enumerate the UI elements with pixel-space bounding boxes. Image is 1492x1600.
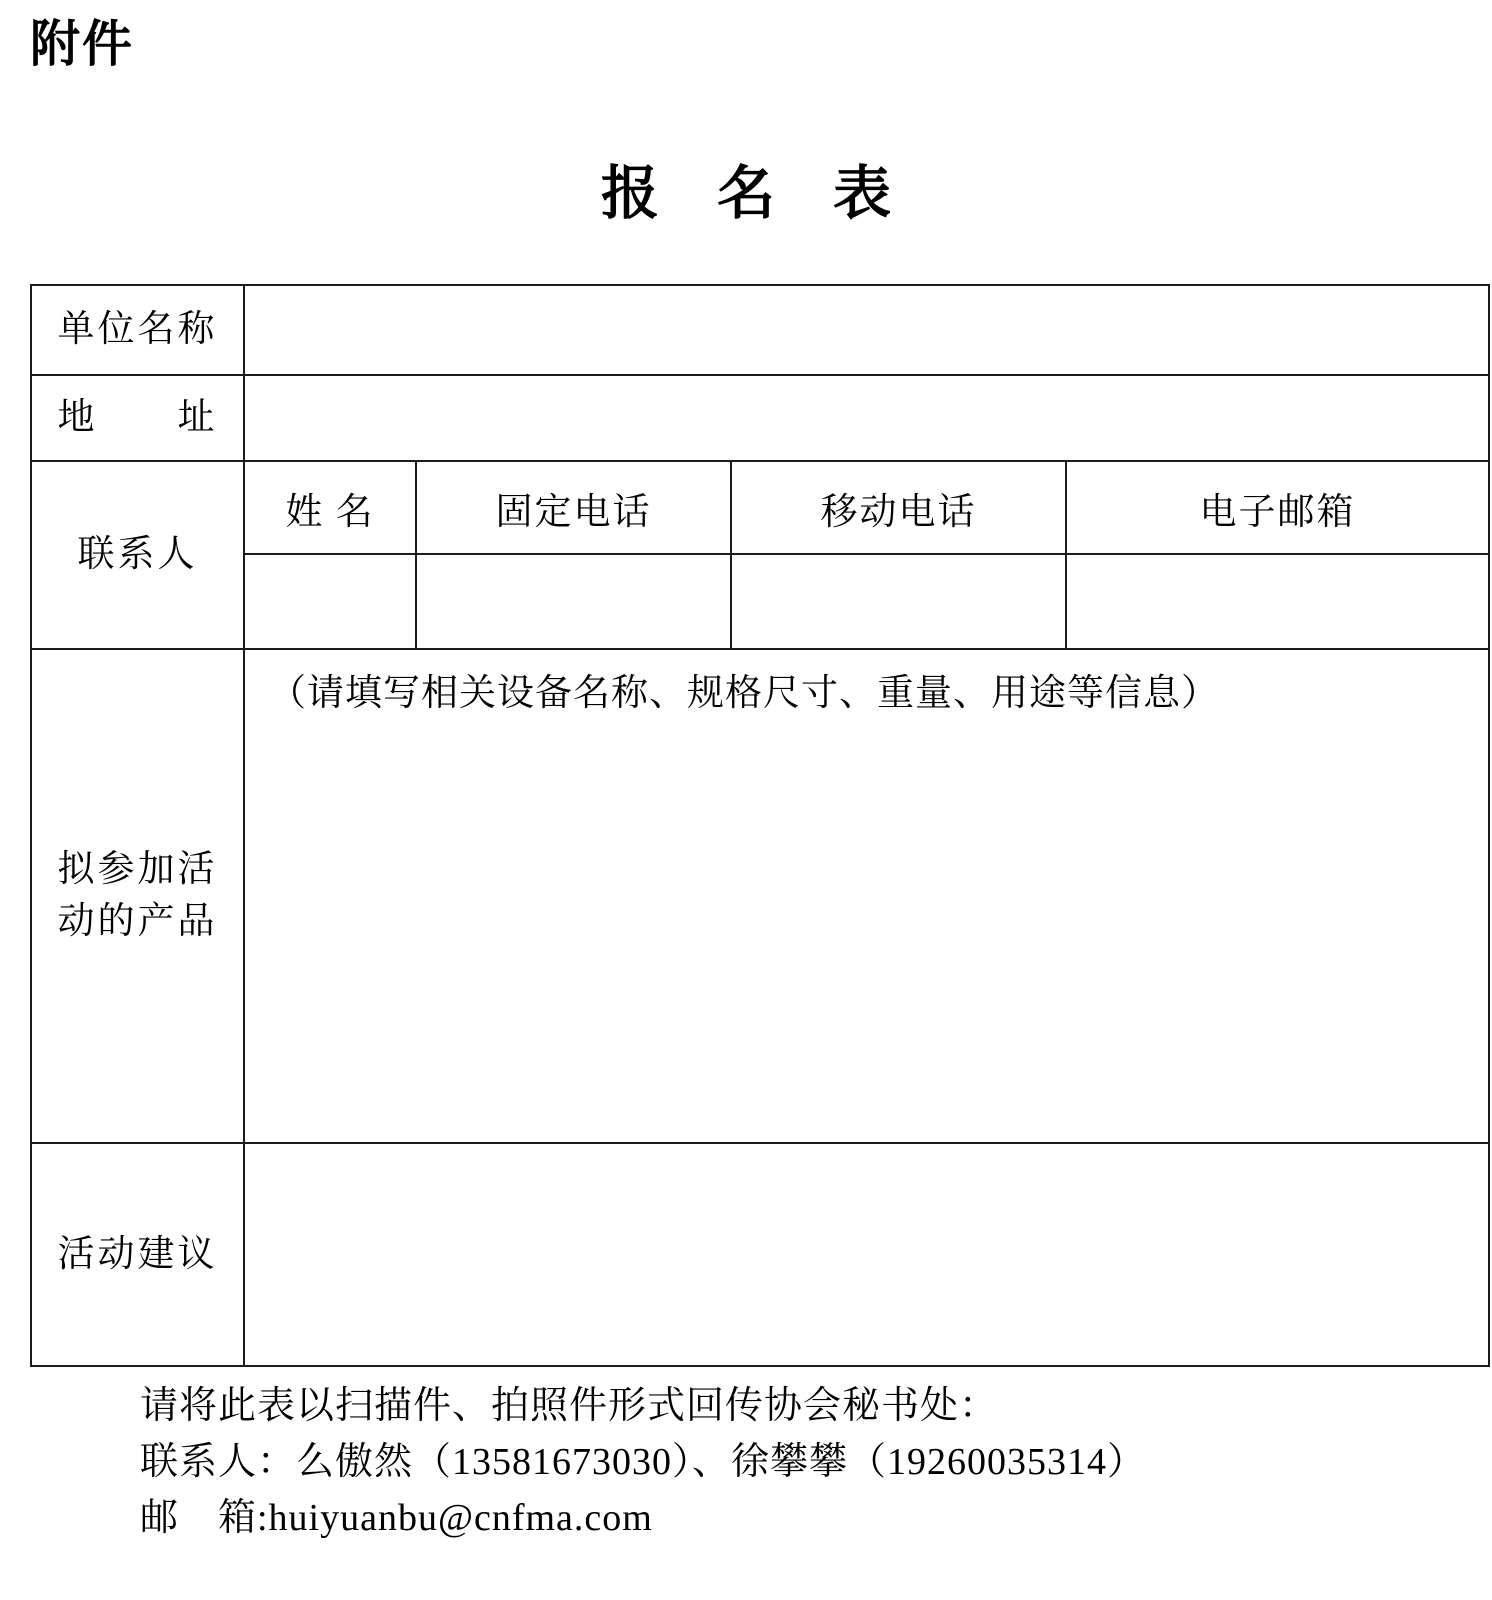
footer-email: 邮 箱:huiyuanbu@cnfma.com xyxy=(140,1490,1146,1546)
contact-mobile-phone-input[interactable] xyxy=(731,554,1066,649)
products-hint: （请填写相关设备名称、规格尺寸、重量、用途等信息） xyxy=(269,673,1219,714)
contact-column-name: 姓 名 xyxy=(244,461,416,554)
contact-fixed-phone-input[interactable] xyxy=(416,554,731,649)
products-label: 拟参加活 动的产品 xyxy=(31,649,244,1143)
attachment-label: 附件 xyxy=(30,4,134,76)
contact-column-email: 电子邮箱 xyxy=(1066,461,1489,554)
contact-column-fixed-phone: 固定电话 xyxy=(416,461,731,554)
address-label: 地 址 xyxy=(31,375,244,461)
registration-table: 单位名称 地 址 联系人 姓 名 固定电话 移动电话 电子邮箱 拟参加活 动的产… xyxy=(30,284,1490,1367)
products-input[interactable]: （请填写相关设备名称、规格尺寸、重量、用途等信息） xyxy=(244,649,1489,1143)
contact-email-input[interactable] xyxy=(1066,554,1489,649)
contact-label: 联系人 xyxy=(31,461,244,649)
footer-notes: 请将此表以扫描件、拍照件形式回传协会秘书处： 联系人：么傲然（135816730… xyxy=(140,1378,1146,1546)
table-row-products: 拟参加活 动的产品 （请填写相关设备名称、规格尺寸、重量、用途等信息） xyxy=(31,649,1489,1143)
table-row-contact-header: 联系人 姓 名 固定电话 移动电话 电子邮箱 xyxy=(31,461,1489,554)
table-row-address: 地 址 xyxy=(31,375,1489,461)
contact-name-input[interactable] xyxy=(244,554,416,649)
suggestions-label: 活动建议 xyxy=(31,1143,244,1366)
footer-contact-persons: 联系人：么傲然（13581673030）、徐攀攀（19260035314） xyxy=(140,1434,1146,1490)
unit-name-input[interactable] xyxy=(244,285,1489,375)
unit-name-label: 单位名称 xyxy=(31,285,244,375)
table-row-contact-values xyxy=(31,554,1489,649)
table-row-unit-name: 单位名称 xyxy=(31,285,1489,375)
suggestions-input[interactable] xyxy=(244,1143,1489,1366)
form-title: 报 名 表 xyxy=(0,146,1492,230)
footer-return-instruction: 请将此表以扫描件、拍照件形式回传协会秘书处： xyxy=(140,1378,1146,1434)
table-row-suggestions: 活动建议 xyxy=(31,1143,1489,1366)
contact-column-mobile-phone: 移动电话 xyxy=(731,461,1066,554)
address-input[interactable] xyxy=(244,375,1489,461)
